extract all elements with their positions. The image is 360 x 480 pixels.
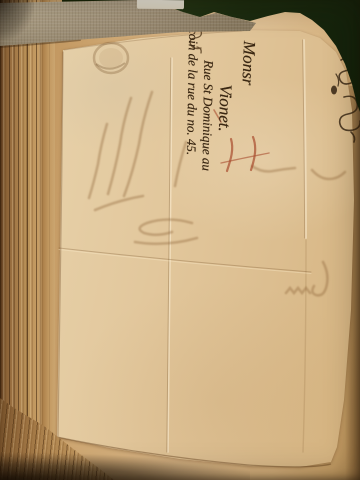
fold-creases bbox=[0, 31, 311, 452]
address-line-4: coin de la rue du no. 45. bbox=[181, 28, 202, 224]
manuscript-photo: Monsr Vionet. Rue St Dominique au coin d… bbox=[0, 0, 360, 480]
corner-shadow bbox=[0, 0, 34, 40]
embossed-seal bbox=[94, 43, 128, 73]
page-marker-tab bbox=[137, 0, 184, 9]
bottom-shadow bbox=[0, 446, 250, 480]
